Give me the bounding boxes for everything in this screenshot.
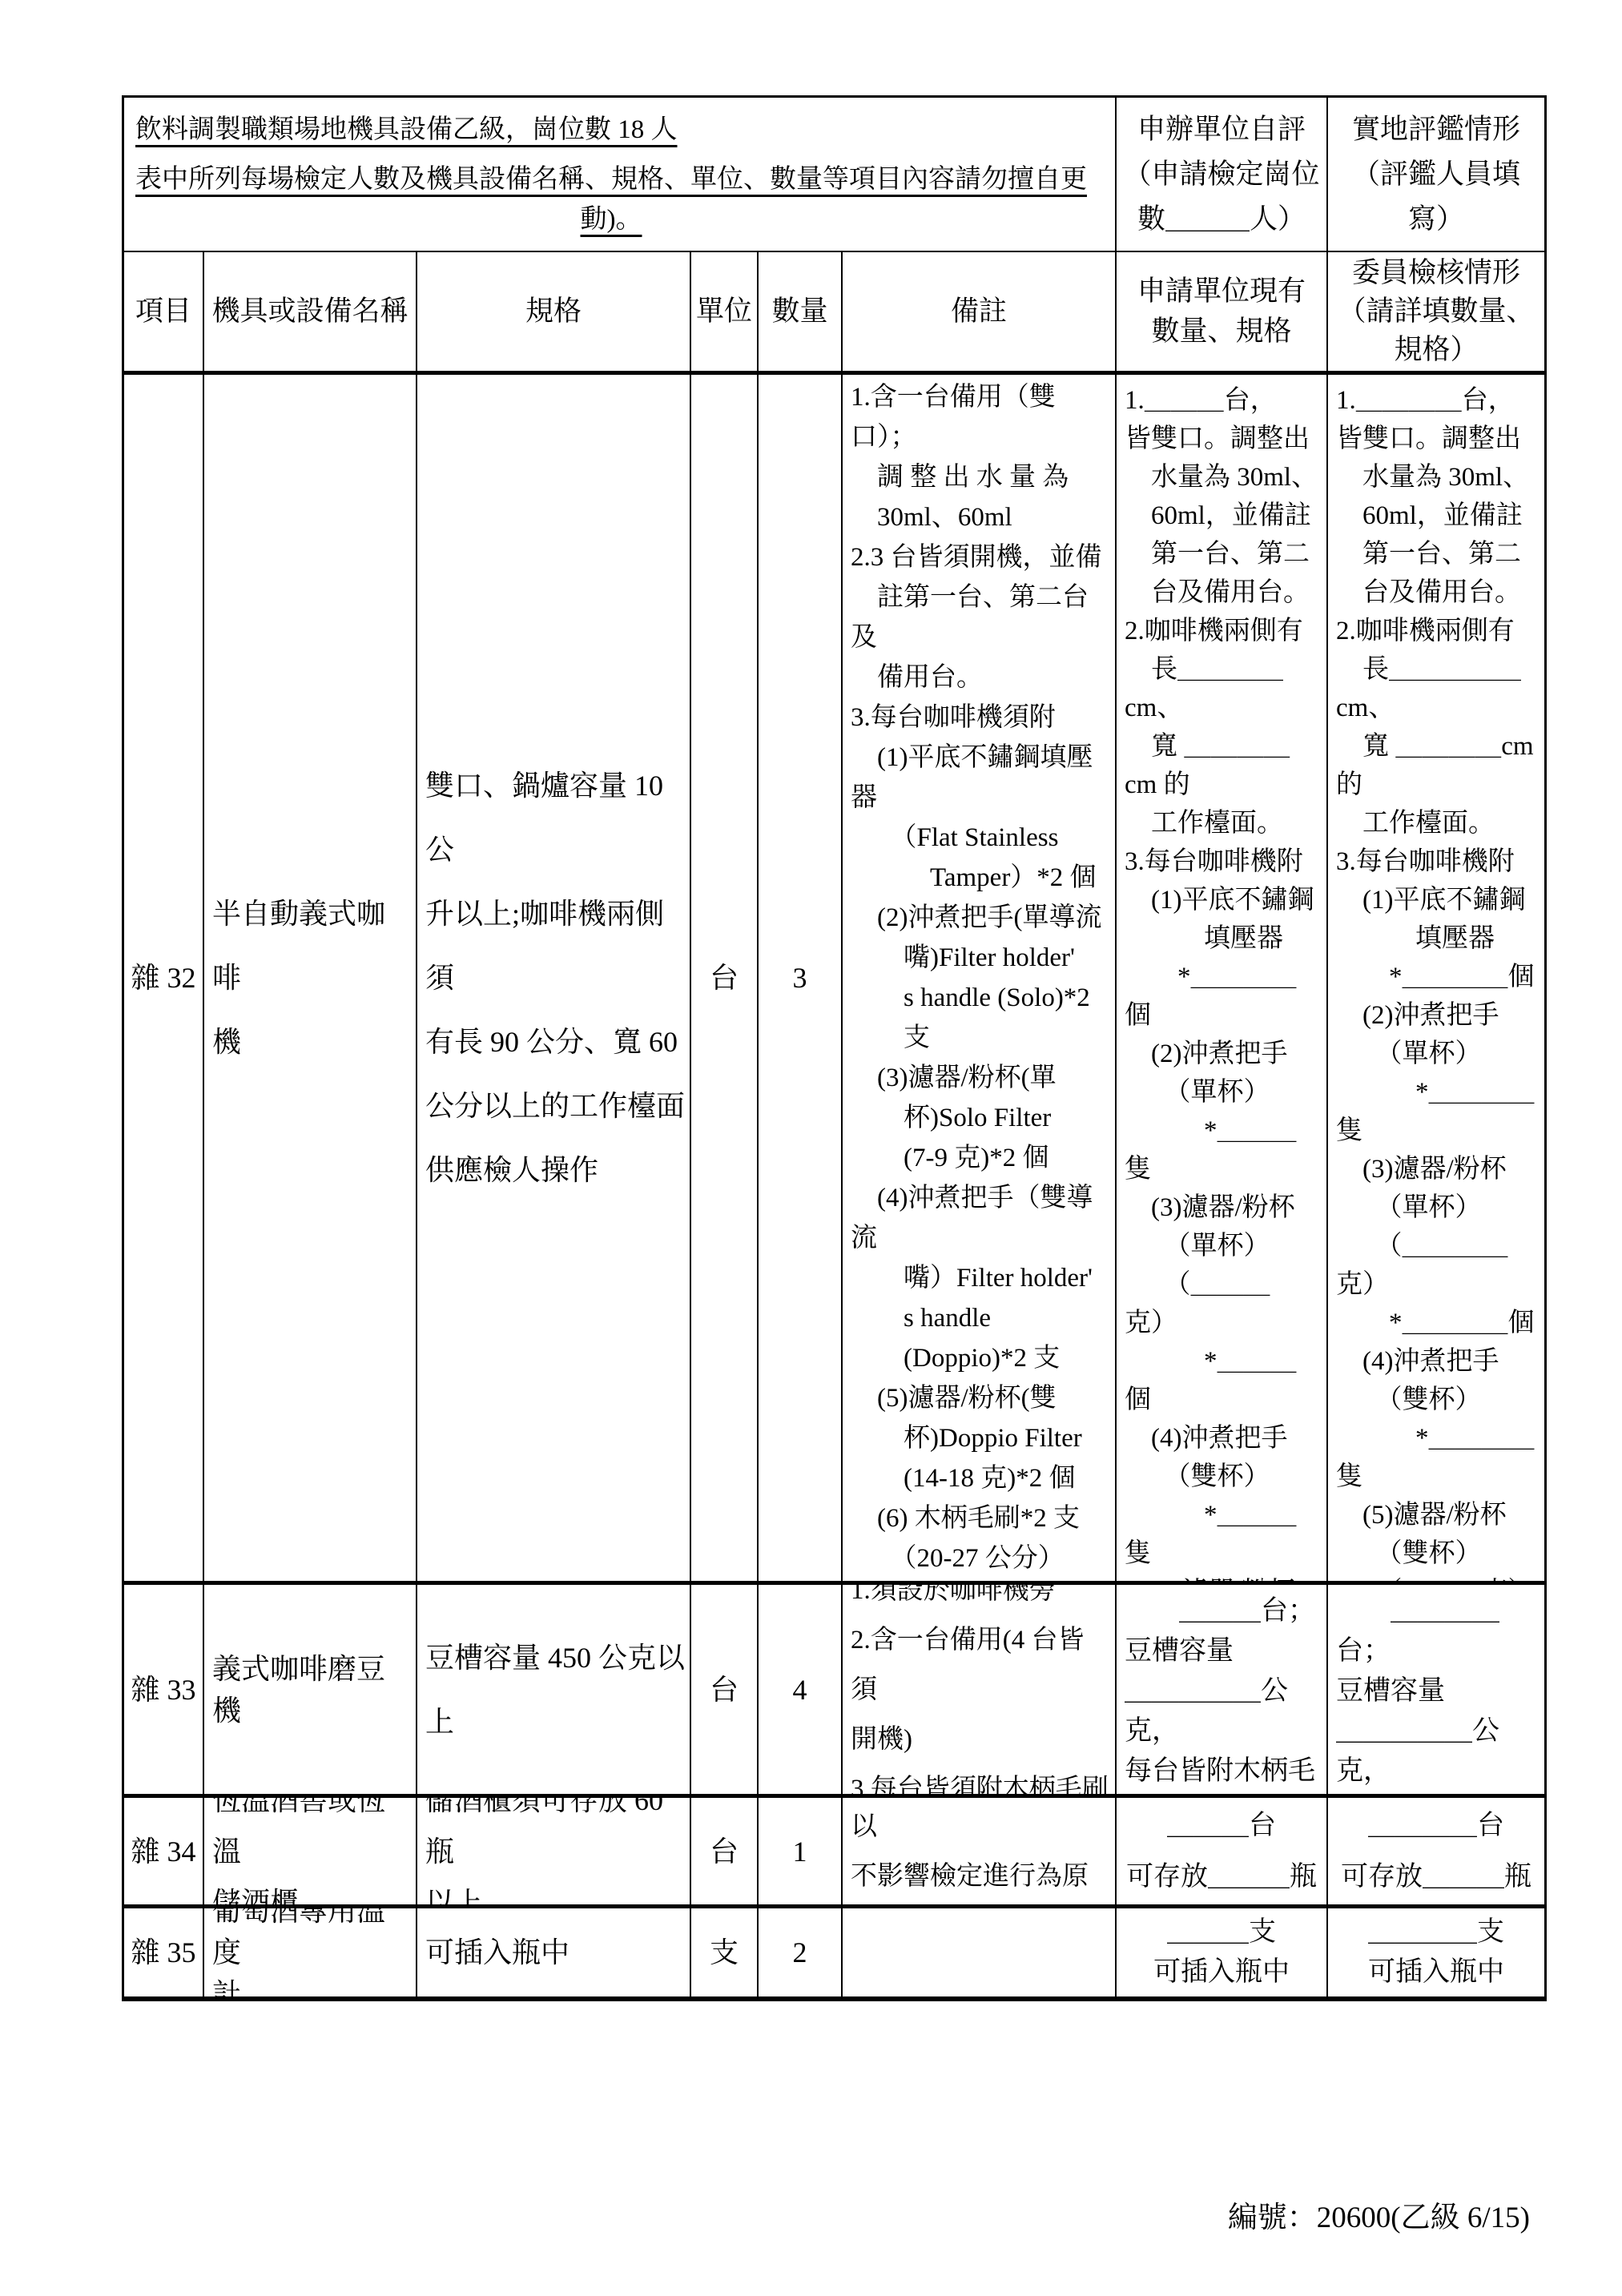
row33-id-cell: 雜 33: [124, 1585, 204, 1798]
col-header-spec: 規格: [417, 252, 691, 375]
row32-remark-cell: 1.含一台備用（雙口）； 調 整 出 水 量 為 30ml、60ml 2.3 台…: [843, 375, 1117, 1585]
row32-qty-cell: 3: [759, 375, 843, 1585]
row35-unit-cell: 支: [691, 1908, 759, 1996]
row35-applicant-cell: ＿＿＿支 可插入瓶中: [1117, 1908, 1328, 1996]
row35-name-cell: 葡萄酒專用溫度 計: [204, 1908, 417, 1996]
equipment-table: 飲料調製職類場地機具設備乙級，崗位數 18 人 表中所列每場檢定人數及機具設備名…: [122, 95, 1547, 2001]
intro-line-2: 表中所列每場檢定人數及機具設備名稱、規格、單位、數量等項目內容請勿擅自更 動)。: [135, 159, 1087, 239]
row32-applicant-cell: 1.＿＿＿台， 皆雙口。調整出 水量為 30ml、 60ml，並備註 第一台、第…: [1117, 375, 1328, 1585]
row35-committee-cell: ＿＿＿＿支 可插入瓶中: [1328, 1908, 1544, 1996]
col-header-item: 項目: [124, 252, 204, 375]
row35-qty-cell: 2: [759, 1908, 843, 1996]
col-header-name: 機具或設備名稱: [204, 252, 417, 375]
self-eval-header-cell: 申辦單位自評 （申請檢定崗位 數＿＿＿人）: [1117, 98, 1328, 252]
row35-spec-cell: 可插入瓶中: [417, 1908, 691, 1996]
intro-line-1: 飲料調製職類場地機具設備乙級，崗位數 18 人: [135, 110, 678, 150]
row32-unit-cell: 台: [691, 375, 759, 1585]
col-header-unit: 單位: [691, 252, 759, 375]
col-header-committee: 委員檢核情形 （請詳填數量、 規格）: [1328, 252, 1544, 375]
row34-spec-cell: 儲酒櫃須可存放 60 瓶 以上: [417, 1798, 691, 1908]
col-header-remark: 備註: [843, 252, 1117, 375]
row33-spec-cell: 豆槽容量 450 公克以 上: [417, 1585, 691, 1798]
row34-name-cell: 恆溫酒窖或恆溫 儲酒櫃: [204, 1798, 417, 1908]
row35-remark-cell: [843, 1908, 1117, 1996]
row34-qty-cell: 1: [759, 1798, 843, 1908]
row32-spec-cell: 雙口、鍋爐容量 10 公 升以上;咖啡機兩側須 有長 90 公分、寬 60 公分…: [417, 375, 691, 1585]
row34-id-cell: 雜 34: [124, 1798, 204, 1908]
row32-committee-cell: 1.＿＿＿＿台， 皆雙口。調整出 水量為 30ml、 60ml，並備註 第一台、…: [1328, 375, 1544, 1585]
row33-unit-cell: 台: [691, 1585, 759, 1798]
row33-name-cell: 義式咖啡磨豆機: [204, 1585, 417, 1798]
document-page: 飲料調製職類場地機具設備乙級，崗位數 18 人 表中所列每場檢定人數及機具設備名…: [0, 0, 1622, 2296]
row34-applicant-cell: ＿＿＿台 可存放＿＿＿瓶: [1117, 1798, 1328, 1908]
site-eval-header-cell: 實地評鑑情形 （評鑑人員填寫）: [1328, 98, 1544, 252]
col-header-qty: 數量: [759, 252, 843, 375]
row34-committee-cell: ＿＿＿＿台 可存放＿＿＿瓶: [1328, 1798, 1544, 1908]
row33-applicant-cell: ＿＿＿台； 豆槽容量 ＿＿＿＿＿公克， 每台皆附木柄毛 刷: [1117, 1585, 1328, 1798]
footer-code: 編號：20600(乙級 6/15): [1228, 2193, 1530, 2236]
row33-qty-cell: 4: [759, 1585, 843, 1798]
col-header-applicant: 申請單位現有 數量、規格: [1117, 252, 1328, 375]
row34-unit-cell: 台: [691, 1798, 759, 1908]
row35-id-cell: 雜 35: [124, 1908, 204, 1996]
row32-name-cell: 半自動義式咖啡 機: [204, 375, 417, 1585]
row33-remark-cell: 1.須設於咖啡機旁 2.含一台備用(4 台皆須 開機) 3.每台皆須附木柄毛刷: [843, 1585, 1117, 1798]
row33-committee-cell: ＿＿＿＿台； 豆槽容量 ＿＿＿＿＿公克， 每台皆附木柄毛 刷: [1328, 1585, 1544, 1798]
row32-id-cell: 雜 32: [124, 375, 204, 1585]
intro-cell: 飲料調製職類場地機具設備乙級，崗位數 18 人 表中所列每場檢定人數及機具設備名…: [124, 98, 1117, 252]
row34-remark-cell: 放置地點鄰近考場，以 不影響檢定進行為原則: [843, 1798, 1117, 1908]
